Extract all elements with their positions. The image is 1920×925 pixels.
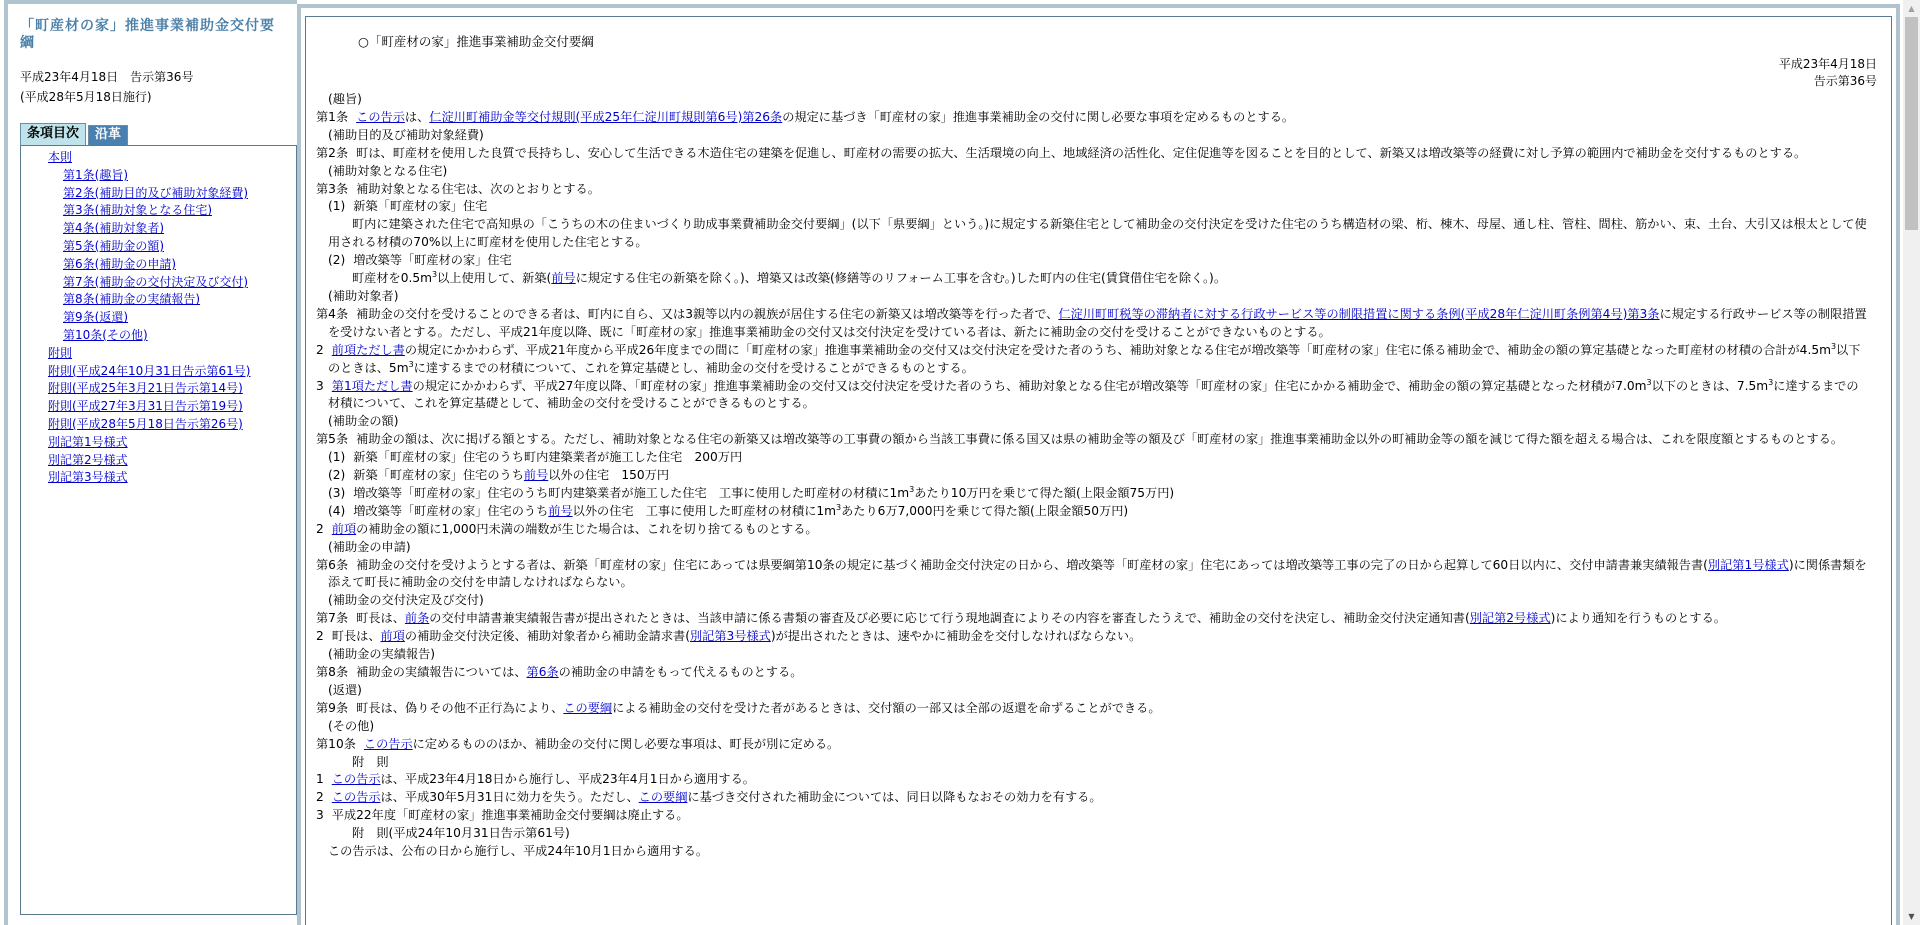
link-form-2[interactable]: 別記第2号様式 [1470, 611, 1551, 625]
document-title: 「町産材の家」推進事業補助金交付要綱 [8, 4, 297, 52]
link-this-guideline[interactable]: この要綱 [563, 701, 612, 715]
paragraph-number: 3 [316, 379, 324, 393]
article-8-caption: (補助金の実績報告) [316, 646, 1869, 664]
toc-item-supplementary-h24[interactable]: 附則(平成24年10月31日告示第61号) [21, 363, 296, 381]
paragraph-number: 2 [316, 522, 324, 536]
toc-item-article-1[interactable]: 第1条(趣旨) [21, 167, 296, 185]
text: は、 [405, 110, 429, 124]
article-8-label: 第8条 [316, 665, 348, 679]
text: 新築「町産材の家」住宅のうち町内建築業者が施工した住宅 200万円 [353, 450, 742, 464]
link-this-notice[interactable]: この告示 [356, 110, 405, 124]
text: )により通知を行うものとする。 [1551, 611, 1726, 625]
article-3-item-1: (1)新築「町産材の家」住宅 [316, 198, 1869, 216]
link-previous-article[interactable]: 前条 [405, 611, 429, 625]
link-tax-delinquency-ordinance[interactable]: 仁淀川町町税等の滞納者に対する行政サービス等の制限措置に関する条例(平成28年仁… [1058, 307, 1659, 321]
link-form-3[interactable]: 別記第3号様式 [690, 629, 771, 643]
article-4-label: 第4条 [316, 307, 348, 321]
article-6: 第6条補助金の交付を受けようとする者は、新築「町産材の家」住宅にあっては県要綱第… [316, 557, 1869, 593]
article-3-label: 第3条 [316, 182, 348, 196]
article-5-item-4: (4)増改築等「町産材の家」住宅のうち前号以外の住宅 工事に使用した町産材の材積… [316, 503, 1869, 521]
article-3-caption: (補助対象となる住宅) [316, 163, 1869, 181]
article-4: 第4条補助金の交付を受けることのできる者は、町内に自ら、又は3親等以内の親族が居… [316, 306, 1869, 342]
text: による補助金の交付を受けた者があるときは、交付額の一部又は全部の返還を命ずること… [612, 701, 1160, 715]
article-6-caption: (補助金の申請) [316, 539, 1869, 557]
text: の規定に基づき「町産材の家」推進事業補助金の交付に関し必要な事項を定めるものとす… [782, 110, 1294, 124]
link-previous-proviso[interactable]: 前項ただし書 [332, 343, 405, 357]
article-5-item-2: (2)新築「町産材の家」住宅のうち前号以外の住宅 150万円 [316, 467, 1869, 485]
article-5-label: 第5条 [316, 432, 348, 446]
article-6-label: 第6条 [316, 558, 348, 572]
text: 新築「町産材の家」住宅のうち [353, 468, 524, 482]
item-number: (4) [328, 504, 345, 518]
text: の規定にかかわらず、平成21年度から平成26年度までの間に「町産材の家」推進事業… [405, 343, 1831, 357]
item-number: (2) [328, 468, 345, 482]
link-this-notice[interactable]: この告示 [364, 737, 413, 751]
toc-pane: 「町産材の家」推進事業補助金交付要綱 平成23年4月18日 告示第36号 (平成… [4, 0, 297, 925]
text: 補助金の実績報告については、 [356, 665, 526, 679]
document-text: (趣旨) 第1条この告示は、仁淀川町補助金等交付規則(平成25年仁淀川町規則第6… [316, 91, 1869, 861]
text: の補助金の額に1,000円未満の端数が生じた場合は、これを切り捨てるものとする。 [356, 522, 817, 536]
article-5-para-2: 2前項の補助金の額に1,000円未満の端数が生じた場合は、これを切り捨てるものと… [316, 521, 1869, 539]
article-4-para-3: 3第1項ただし書の規定にかかわらず、平成27年度以降、「町産材の家」推進事業補助… [316, 378, 1869, 414]
toc-item-article-10[interactable]: 第10条(その他) [21, 327, 296, 345]
text: の補助金の申請をもって代えるものとする。 [559, 665, 803, 679]
notice-number: 告示第36号 [1779, 73, 1877, 90]
toc-item-form-2[interactable]: 別記第2号様式 [21, 452, 296, 470]
article-3-item-2-body: 町産材を0.5m3以上使用して、新築(前号に規定する住宅の新築を除く。)、増築又… [316, 270, 1869, 288]
toc-item-main[interactable]: 本則 [21, 149, 296, 167]
link-previous-paragraph[interactable]: 前項 [381, 629, 405, 643]
paragraph-number: 2 [316, 343, 324, 357]
text: は、平成23年4月18日から施行し、平成23年4月1日から適用する。 [381, 772, 755, 786]
article-10: 第10条この告示に定めるもののほか、補助金の交付に関し必要な事項は、町長が別に定… [316, 736, 1869, 754]
text: )が提出されたときは、速やかに補助金を交付しなければならない。 [771, 629, 1141, 643]
item-number: (2) [328, 253, 345, 267]
toc-item-article-9[interactable]: 第9条(返還) [21, 309, 296, 327]
text: 補助金の交付を受けようとする者は、新築「町産材の家」住宅にあっては県要綱第10条… [356, 558, 1708, 572]
tab-history[interactable]: 沿革 [88, 125, 128, 145]
document-date: 平成23年4月18日 [1779, 56, 1877, 73]
text: に達するまでの材積について、これを算定基礎とし、補助金の交付を受けることができる… [414, 361, 974, 375]
text: 町長は、 [356, 611, 405, 625]
toc-item-article-8[interactable]: 第8条(補助金の実績報告) [21, 291, 296, 309]
document-pane: ○「町産材の家」推進事業補助金交付要綱 平成23年4月18日 告示第36号 (趣… [297, 4, 1900, 925]
item-number: (1) [328, 450, 345, 464]
paragraph-number: 1 [316, 772, 324, 786]
article-8: 第8条補助金の実績報告については、第6条の補助金の申請をもって代えるものとする。 [316, 664, 1869, 682]
link-subsidy-rules[interactable]: 仁淀川町補助金等交付規則(平成25年仁淀川町規則第6号)第26条 [429, 110, 782, 124]
link-article-6[interactable]: 第6条 [527, 665, 559, 679]
article-5: 第5条補助金の額は、次に掲げる額とする。ただし、補助対象となる住宅の新築又は増改… [316, 431, 1869, 449]
text: 町長は、偽りその他不正行為により、 [356, 701, 563, 715]
text: の交付申請書兼実績報告書が提出されたときは、当該申請に係る書類の審査及び必要に応… [429, 611, 1469, 625]
article-7-para-2: 2町長は、前項の補助金交付決定後、補助対象者から補助金請求書(別記第3号様式)が… [316, 628, 1869, 646]
text: 平成22年度「町産材の家」推進事業補助金交付要綱は廃止する。 [332, 808, 689, 822]
link-form-1[interactable]: 別記第1号様式 [1708, 558, 1789, 572]
article-5-item-3: (3)増改築等「町産材の家」住宅のうち町内建築業者が施工した住宅 工事に使用した… [316, 485, 1869, 503]
paragraph-number: 3 [316, 808, 324, 822]
text: に規定する住宅の新築を除く。)、増築又は改築(修繕等のリフォーム工事を含む。)し… [576, 271, 1226, 285]
article-1: 第1条この告示は、仁淀川町補助金等交付規則(平成25年仁淀川町規則第6号)第26… [316, 109, 1869, 127]
text: 町は、町産材を使用した良質で長持ちし、安心して生活できる木造住宅の建築を促進し、… [356, 146, 1806, 160]
text: の規定にかかわらず、平成27年度以降、「町産材の家」推進事業補助金の交付又は交付… [413, 379, 1647, 393]
toc-item-form-3[interactable]: 別記第3号様式 [21, 469, 296, 487]
scroll-down-arrow-icon[interactable]: ▼ [1903, 908, 1920, 925]
article-2: 第2条町は、町産材を使用した良質で長持ちし、安心して生活できる木造住宅の建築を促… [316, 145, 1869, 163]
link-previous-item[interactable]: 前号 [548, 504, 572, 518]
text: 補助金の交付を受けることのできる者は、町内に自ら、又は3親等以内の親族が居住する… [356, 307, 1058, 321]
article-5-caption: (補助金の額) [316, 413, 1869, 431]
toc-item-article-2[interactable]: 第2条(補助目的及び補助対象経費) [21, 185, 296, 203]
text: 新築「町産材の家」住宅 [353, 199, 487, 213]
article-7: 第7条町長は、前条の交付申請書兼実績報告書が提出されたときは、当該申請に係る書類… [316, 610, 1869, 628]
link-para-1-proviso[interactable]: 第1項ただし書 [332, 379, 413, 393]
article-1-label: 第1条 [316, 110, 348, 124]
link-previous-paragraph[interactable]: 前項 [332, 522, 356, 536]
text: あたり10万円を乗じて得た額(上限金額75万円) [914, 486, 1174, 500]
link-this-notice[interactable]: この告示 [332, 772, 381, 786]
scrollbar-thumb[interactable] [1905, 17, 1918, 230]
article-3: 第3条補助対象となる住宅は、次のとおりとする。 [316, 181, 1869, 199]
scroll-up-arrow-icon[interactable]: ▲ [1903, 0, 1920, 17]
supplementary-para-1: 1この告示は、平成23年4月18日から施行し、平成23年4月1日から適用する。 [316, 771, 1869, 789]
toc-list: 本則 第1条(趣旨) 第2条(補助目的及び補助対象経費) 第3条(補助対象となる… [20, 145, 297, 915]
article-3-item-2: (2)増改築等「町産材の家」住宅 [316, 252, 1869, 270]
text: に定めるもののほか、補助金の交付に関し必要な事項は、町長が別に定める。 [413, 737, 840, 751]
article-2-caption: (補助目的及び補助対象経費) [316, 127, 1869, 145]
text: 以上使用して、新築( [437, 271, 551, 285]
tab-toc[interactable]: 条項目次 [20, 123, 86, 145]
supplementary-h24-title: 附 則(平成24年10月31日告示第61号) [316, 825, 1869, 843]
item-number: (1) [328, 199, 345, 213]
text: 町産材を0.5m [352, 271, 432, 285]
text: 以外の住宅 工事に使用した町産材の材積に1m [573, 504, 836, 518]
enforcement-date: (平成28年5月18日施行) [20, 87, 297, 107]
text: 補助対象となる住宅は、次のとおりとする。 [356, 182, 600, 196]
supplementary-h24-text: この告示は、公布の日から施行し、平成24年10月1日から適用する。 [316, 843, 1869, 861]
article-7-label: 第7条 [316, 611, 348, 625]
text: は、平成30年5月31日に効力を失う。ただし、 [381, 790, 639, 804]
toc-item-article-4[interactable]: 第4条(補助対象者) [21, 220, 296, 238]
text: 増改築等「町産材の家」住宅 [353, 253, 511, 267]
supplementary-para-2: 2この告示は、平成30年5月31日に効力を失う。ただし、この要綱に基づき交付され… [316, 789, 1869, 807]
link-this-notice[interactable]: この告示 [332, 790, 381, 804]
article-4-caption: (補助対象者) [316, 288, 1869, 306]
article-4-para-2: 2前項ただし書の規定にかかわらず、平成21年度から平成26年度までの間に「町産材… [316, 342, 1869, 378]
text: に基づき交付された補助金については、同日以降もなおその効力を有する。 [687, 790, 1101, 804]
article-9: 第9条町長は、偽りその他不正行為により、この要綱による補助金の交付を受けた者があ… [316, 700, 1869, 718]
toc-item-article-7[interactable]: 第7条(補助金の交付決定及び交付) [21, 274, 296, 292]
article-10-label: 第10条 [316, 737, 356, 751]
tab-bar: 条項目次 沿革 [20, 123, 128, 145]
text: 以下のときは、7.5m [1652, 379, 1769, 393]
promulgation-date: 平成23年4月18日 告示第36号 [20, 67, 297, 87]
supplementary-para-3: 3平成22年度「町産材の家」推進事業補助金交付要綱は廃止する。 [316, 807, 1869, 825]
article-9-caption: (返還) [316, 682, 1869, 700]
paragraph-number: 2 [316, 629, 324, 643]
toc-item-article-6[interactable]: 第6条(補助金の申請) [21, 256, 296, 274]
article-7-caption: (補助金の交付決定及び交付) [316, 592, 1869, 610]
link-previous-item[interactable]: 前号 [524, 468, 548, 482]
text: 増改築等「町産材の家」住宅のうち町内建築業者が施工した住宅 工事に使用した町産材… [353, 486, 909, 500]
toc-item-supplementary-h27[interactable]: 附則(平成27年3月31日告示第19号) [21, 398, 296, 416]
text: 町長は、 [332, 629, 381, 643]
text: 以外の住宅 150万円 [548, 468, 669, 482]
article-10-caption: (その他) [316, 718, 1869, 736]
text: 増改築等「町産材の家」住宅のうち [353, 504, 548, 518]
article-1-caption: (趣旨) [316, 91, 1869, 109]
text: 補助金の額は、次に掲げる額とする。ただし、補助対象となる住宅の新築又は増改築等の… [356, 432, 1843, 446]
text: の補助金交付決定後、補助対象者から補助金請求書( [405, 629, 690, 643]
article-2-label: 第2条 [316, 146, 348, 160]
article-5-item-1: (1)新築「町産材の家」住宅のうち町内建築業者が施工した住宅 200万円 [316, 449, 1869, 467]
paragraph-number: 2 [316, 790, 324, 804]
toc-item-supplementary-h25[interactable]: 附則(平成25年3月21日告示第14号) [21, 380, 296, 398]
supplementary-title: 附 則 [316, 754, 1869, 772]
link-previous-item[interactable]: 前号 [551, 271, 575, 285]
toc-item-supplementary-h28[interactable]: 附則(平成28年5月18日告示第26号) [21, 416, 296, 434]
toc-item-supplementary[interactable]: 附則 [21, 345, 296, 363]
article-9-label: 第9条 [316, 701, 348, 715]
toc-item-form-1[interactable]: 別記第1号様式 [21, 434, 296, 452]
toc-item-article-5[interactable]: 第5条(補助金の額) [21, 238, 296, 256]
document-heading: ○「町産材の家」推進事業補助金交付要綱 [358, 33, 594, 51]
toc-item-article-3[interactable]: 第3条(補助対象となる住宅) [21, 202, 296, 220]
vertical-scrollbar[interactable]: ▲ ▼ [1903, 0, 1920, 925]
item-number: (3) [328, 486, 345, 500]
article-3-item-1-body: 町内に建築された住宅で高知県の「こうちの木の住まいづくり助成事業費補助金交付要綱… [316, 216, 1869, 252]
document-date-block: 平成23年4月18日 告示第36号 [1779, 56, 1877, 90]
document-body: ○「町産材の家」推進事業補助金交付要綱 平成23年4月18日 告示第36号 (趣… [305, 16, 1892, 925]
text: あたり6万7,000円を乗じて得た額(上限金額50万円) [841, 504, 1128, 518]
link-this-guideline[interactable]: この要綱 [639, 790, 688, 804]
